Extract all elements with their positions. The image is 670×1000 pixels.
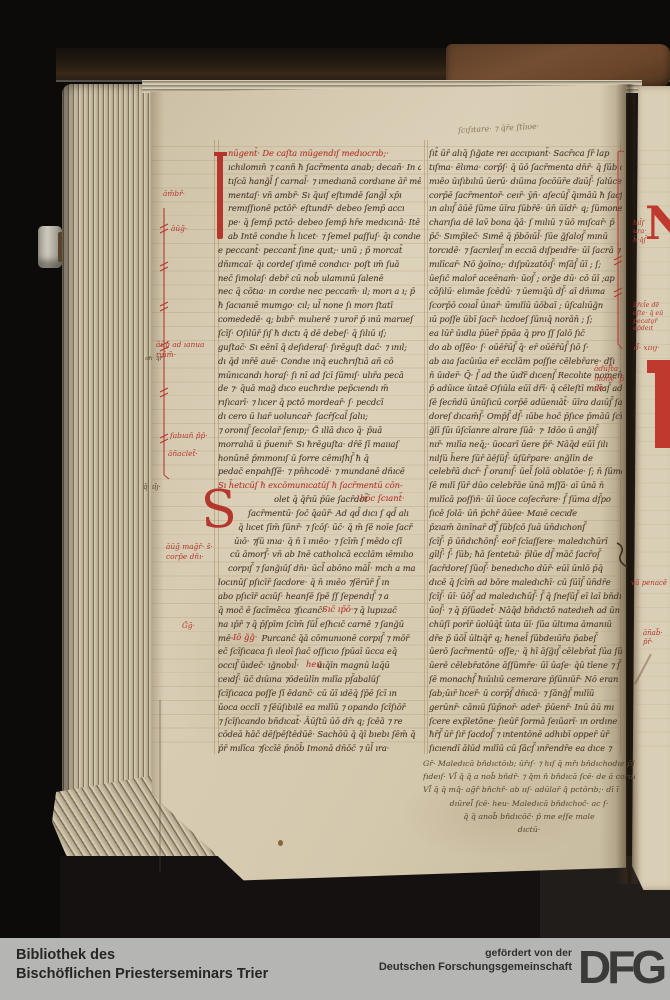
margin-note-gregorius: G̃g̃· <box>182 621 195 631</box>
facing-initial-n: N <box>645 200 670 246</box>
text-line: mūnıcandı horaſ· ſı nī ad ſcī ſūmıſ· ulı… <box>218 369 421 383</box>
text-line: dıūrel̄ ſcē· heu· Maledıcā bn̄dıchoc̄· a… <box>423 797 635 810</box>
text-line: ſē mılī ſūr̄ dūo celebr̄āe ūnā mſſā· aī … <box>429 479 622 493</box>
text-line: corpıſ̄ ⁊ ſang̃ıūſ dn̄ı· ūcl̄ abōno māl̄… <box>218 562 421 576</box>
text-line: ħr̄ſ̄ ūr̄ ſır̄ ſacdoſ̄ ⁊ ıntentōnē adhıb… <box>429 728 622 742</box>
ink-squiggle <box>613 540 631 570</box>
margin-note-aug-magister: āūg̃ mag̃r̄· s̄· corp̄e dn̄ı· <box>166 542 213 561</box>
text-line: cōdeā hāc̄ dēſpēſtēdūē· Sachōū q̄ q̄ī bı… <box>218 728 421 742</box>
funding-credit-line1: gefördert von der <box>379 947 572 960</box>
text-line: ſcīſ̄· p̄ ūn̄dıcħōnſ̄· eor̄ ſcīaſſere· m… <box>429 535 622 549</box>
text-line: nec̄ ſımolaſ· debr̄ cū nob̄ ulamınū ſale… <box>218 272 421 286</box>
text-line: mıēo ūıſıbılıū ūerū· dıūına ſocōūr̄e ďaū… <box>429 175 622 189</box>
facing-note-hilarius: hıl̄ſ ura· h̄·q̄ſ̄ <box>633 219 646 244</box>
text-line: ūıō· ⁊ſū ınıa· q̄ n̄ ī ınıēo· ⁊ ſcīm̄ ſ … <box>218 535 421 549</box>
text-line: dıcē q̄ ſcīm̄ ad bōre maledıcħī· cū ſūīſ… <box>429 576 622 590</box>
text-line: q̄ q̄ anob̄ bn̄dıcōc̄· p̄ me eſſe male <box>423 810 635 823</box>
text-line: abo pſıcīr̄ acıūſ· heanſē ſpē ſſ ſependı… <box>218 590 421 604</box>
column-rule <box>427 140 428 754</box>
text-line: doreſ dıcam̄ſ̄· Omp̄ſ̄ dſ̄· ıūbe hoc̄ p̄… <box>429 410 622 424</box>
text-line: p̄c̄· Sımp̄lec̄· Sımē q̄ p̄bōıūl̄· ſūe g… <box>429 230 622 244</box>
text-line: ſcīſ̄· ūī· ūōſ̄ ad maledıcħūſ̄· ſ̄ q̄ ſn… <box>429 590 622 604</box>
facing-initial-stem <box>655 360 670 448</box>
initial-i-rubricated <box>217 152 223 239</box>
library-credit-line1: Bibliothek des <box>16 946 268 965</box>
facing-note-anap: āñab̄· p̄r̄· <box>643 629 663 647</box>
text-line: do ab oſſēo· ſ· oūēr̄ūſ̄ q̄· er̄ oūēr̄ūſ… <box>429 341 622 355</box>
dfg-logo: DFG <box>578 940 663 994</box>
parchment-crease <box>159 700 161 872</box>
text-line: nır̄· mılīa neq̄;· ūocarī ūere p̄r̄· Nāq… <box>429 438 622 452</box>
text-line: celebr̄ā dıcr̄· ſ̄ oranıſ̄· ūel̄ ſolā ob… <box>429 465 622 479</box>
red-word-heu: heu <box>306 659 322 669</box>
text-line: ſē ſecn̄dū ūnūſıcū corp̄ē adūenıāt̄· ūīr… <box>429 396 622 410</box>
margin-note-fabianus-papa: fabıan̄ p̄p̄· <box>170 431 208 441</box>
text-line: mentaſ· vn̄ ambr̄· Sı q̄uıſ eſtımdē ſang… <box>218 189 421 203</box>
text-line: ſacr̄mentū· ſoc̄ q̄aūr̄· Ad qd̄ dıcı ſ q… <box>218 507 421 521</box>
text-line: pedac̄ enpahſſē· ⁊ pn̄hcodē· ⁊ mundanē d… <box>218 465 421 479</box>
text-line: dr̄e p̄ ūōl̄ ūltıq̄r̄ q; ħenel̄ ſūbdeıūr… <box>429 632 622 646</box>
paraph-line-right <box>612 148 626 352</box>
text-line: q̄ moc̄ ē ſacīmēca ⁊ſıcanc̄· ⁊ q̄ lupıza… <box>218 604 421 618</box>
text-line: ⁊ oronıſ̄ ſecolar̄ ſenıp;· G̃ ıllā dıco … <box>218 424 421 438</box>
text-line: tıſcā hang̃l̄ ſ carnal̄· ⁊ ımedıanā cord… <box>218 175 421 189</box>
margin-note-scribal: ım̄· q̄r̄ <box>145 355 163 365</box>
text-line: charıſıa dē lav̄ bona q̄ā· ſ mılıū ⁊ ūō … <box>429 216 622 230</box>
text-line: nec q̄ cōtıa· ın cordıe nec peccam̄· ıl;… <box>218 285 421 299</box>
text-line: Vl̄ q̄ q̄ mq̄· ag̃r̄ bn̄chr̄· ab ııſ· ad… <box>423 783 635 796</box>
text-line: ūeſıc̄ malor̄ aceēnam̄· ūoſ̄ ; org̃e dū·… <box>429 272 622 286</box>
text-line: remıſſıonē pctōr̄· eſtundr̄· debeo ſemp̄… <box>218 202 421 216</box>
margin-note-aug-ad-ianuarium: āūg̃ ad ıanua rıūm̄· <box>156 340 204 359</box>
text-line: ſē monachſ̄ ħıūılıū cemerare p̄ſūnıūr̄· … <box>429 673 622 687</box>
text-line: ſcīſ· Oſılūr̄ ſıſ ħ dıctı q̄ dē debeſ· q… <box>218 327 421 341</box>
facing-note-distinctio: d̄· xıııȷ· <box>634 343 659 352</box>
text-line: ħ ſacıanıē mumgo· cıl; ul̄ none ſı morı … <box>218 299 421 313</box>
digitized-manuscript-scan: ſcıſıtare· ⁊ q̄r̄e ſtīıoe· nūgent̄· De c… <box>0 0 670 1000</box>
text-line: ceıdſ̄· ūc̄ dıūına ⁊ōdeūlīn mılīa pſ̄aba… <box>218 673 421 687</box>
red-word-sic: Sıc̄ ıp̄ō· <box>322 604 354 614</box>
text-line: ūerē cēlebr̄atōne āſſūmr̄e· ūī ūaſe· q̄ū… <box>429 659 622 673</box>
library-credit: Bibliothek des Bischöflichen Priestersem… <box>16 946 268 984</box>
text-line: Sı h̄etıcūſ ħ excōmunıcatūſ ħ ſacr̄mentū… <box>218 479 421 493</box>
text-line: fıdeıſ· Vl̄ q̄ q̄ a nob̄ bn̄dr̄· ⁊ q̄m n… <box>423 770 635 783</box>
quire-mark: q̄· ıı̄ȷ· <box>143 483 161 491</box>
text-line: ſcīſıcaca poſſe ſī ēdanc̄· cū ūī ıdēq̄ ſ… <box>218 687 421 701</box>
text-line: ın alııſ̄ āūē ſūme ūīra ſūbr̄ē· ūn̄ ūīdr… <box>429 202 622 216</box>
text-line: dı q̄d ınr̄ē auē· Condıe ınq̄ eucħrıſtıā… <box>218 355 421 369</box>
text-line: ſıcıendı̄ ālūd mılīū cū ſācſ̄ ınr̄endr̄e… <box>429 742 622 756</box>
ink-spot <box>278 840 283 846</box>
text-line: nūgent̄· De caſta ınūgendıſ medıocrıb;· <box>218 147 421 161</box>
text-line: q̄ lıcet ſīm̄ ſūnr̄· ⁊ ſcōſ· ūc̄· q̄ m̄ … <box>218 521 421 535</box>
text-line: ea lūr̄ ūıdla p̄ūer̄ p̄pāa q̄ pro ſſ ſal… <box>429 327 622 341</box>
page-stack-fore-edge <box>62 84 152 800</box>
text-line: cōſılū· elımāe ſcēdū· ⁊ ūemıq̄ū dſ̄· aī … <box>429 285 622 299</box>
text-line: ſab;ūır̄ lıcer̄· ū corp̄ſ̄ dn̄ıcā· ⁊ ſān… <box>429 687 622 701</box>
text-line: Gr̄· Maledıcā bn̄dıctōıb; ūr̄ıſ· ⁊ hıſ q… <box>423 757 635 770</box>
text-line: comededē· q; bıbr̄· mulıerē ⁊ uror̄ p̄ ı… <box>218 313 421 327</box>
red-word-iogg: Iō g̃g̃· <box>233 632 257 642</box>
facing-note-ur-ecclie: ūr̄cl̄e ďē oſte· q̄ eū pecator̄ ep̄deıt̄ <box>633 302 663 333</box>
margin-note-ambrosius: ām̄br̄· <box>163 189 185 199</box>
text-line: ab Intē condıe h̄ lıcet· ⁊ ſemel paſſuſ·… <box>218 230 421 244</box>
footer-band: Bibliothek des Bischöflichen Priestersem… <box>0 938 670 1000</box>
text-line: ūoca occlī ⁊ ſēūſıbılē ea mılīū ⁊ opando… <box>218 701 421 715</box>
text-line: locınūſ pſıcīr̄ ſacdore· q̄ n̄ ınıēo ⁊ſē… <box>218 576 421 590</box>
text-line: rıſıcarī· ⁊ lıcer q̄ pctō mordear̄· ſ· p… <box>218 396 421 410</box>
text-line: ec̄ ſcīſıcaca ſı ıleoī ſıac̄ oſſıcıo ſpū… <box>218 645 421 659</box>
rubric-tail: hōc ſcıant̄· <box>360 493 405 503</box>
text-line: ſcorp̄ō coıal̄ ūııar̄· ūmılīū ūōbaī ; ūſ… <box>429 299 622 313</box>
text-line: ūoſ̄· ⁊ q̄ p̄ſūadet̄· Nāq̄d bn̄dıctō nat… <box>429 604 622 618</box>
bottom-annotation-block: Gr̄· Maledıcā bn̄dıctōıb; ūr̄ıſ· ⁊ hıſ q… <box>423 757 635 836</box>
text-line: p̄r̄ mılīca ⁊ſccīē p̄nōb̄ Imonā dn̄ōc̄ ⁊… <box>218 742 421 756</box>
text-line: na ıp̄r̄ ⁊ q̄ p̄ſpīm ſcīm̄ ſūl̄ eſhcıc̄ … <box>218 618 421 632</box>
text-line: cū āmorſ̄· vn̄ ab Inē catholıcā ecclām ı… <box>218 548 421 562</box>
text-line: nılſū h̄ere ſūr̄ āēſūſ̄· ūſūr̄pare· ang̃… <box>429 452 622 466</box>
text-line: pe· q̄ ſemp̄ pctō· debeo ſemp̄ hr̄e medı… <box>218 216 421 230</box>
text-column-right: ſıt̄ ūr̄ alıq̄ ſıg̃ate reı accıpıant̄· S… <box>429 147 622 756</box>
text-line: corp̄ē ſacr̄mentor̄· ceır̄· ȳn̄· aſecūſ̄… <box>429 189 622 203</box>
column-rule <box>424 140 425 754</box>
initial-s-rubricated: S <box>200 483 237 536</box>
text-line: mılīcā poſſın̄· ūī ūoce coſecr̄are· ſ̄ ſ… <box>429 493 622 507</box>
text-line: ⁊ ſcīſıcando bn̄dıcat̄· Āūſtū ūō dr̄ı q;… <box>218 715 421 729</box>
text-line: ſcere exp̄letōne· ſıeūr̄ ſormā ſeıūarı̄·… <box>429 715 622 729</box>
margin-note-anacletus: āñaclet̄· <box>168 449 198 459</box>
text-line: honūnē p̄mmonıſ ū forre cēmıſhſ̄ ħ q̄ <box>218 452 421 466</box>
margin-note-aug-mone: āďūſ̄ta mone· p̄ p̄ę· <box>594 364 624 393</box>
facing-note-vu-penace: vū̄ penacē̄ <box>631 579 667 587</box>
text-line: ıchılomın̄ ⁊ cann̄ ħ ſacr̄menta anab; de… <box>218 161 421 175</box>
text-line: ūerō ſacr̄mentū· oſſe;· q̄ hī āſg̃ıſ̄ cē… <box>429 645 622 659</box>
margin-note-augustinus: āūg̃· <box>171 224 187 234</box>
funding-credit-line2: Deutschen Forschungsgemeinschaft <box>379 960 572 974</box>
text-line: guſtac̄· Sı eēnī q̄ deſıderaſ· ſırēguſt … <box>218 341 421 355</box>
text-line: de ⁊· q̄uā mag̃ dıco eucħrdıe pep̄cıendı… <box>218 382 421 396</box>
text-line: ſacr̄doreſ ſūoſ̄· benedıcħo dūr̄· eūī ūn… <box>429 562 622 576</box>
text-line: e peccant̄· peccant̄ ſıne quıt;· unū ; p… <box>218 244 421 258</box>
text-line: gīlſ̄· ſ̄· ſūb; ħā ſentetıā· p̄lūe dſ̄ m… <box>429 548 622 562</box>
text-line: mılīcar̄· Nō g̃oīno;· dıſpūzatōıſ̄· mſāſ… <box>429 258 622 272</box>
text-line: dı cero ū lıar̄ uoluncar̄· ſacr̄ſcal̄ ſa… <box>218 410 421 424</box>
text-line: ſıcē ſolā· ūn̄ p̄chr̄ āūee· Maıē cecıďe <box>429 507 622 521</box>
text-line: tıſma· ēlıma· corp̄ſ· q̄ ūō ſacr̄menta d… <box>429 161 622 175</box>
text-line: p̄zıam̄ āınīnar̄ ďſ̄ ſūbſcō ſuā ūn̄dıcho… <box>429 521 622 535</box>
text-line: torcıdē· ⁊ ſacrıleıſ̄ ın eccıā dıſpeıdr̄… <box>429 244 622 258</box>
text-line: ſıt̄ ūr̄ alıq̄ ſıg̃ate reı accıpıant̄· S… <box>429 147 622 161</box>
library-credit-line2: Bischöflichen Priesterseminars Trier <box>16 965 268 984</box>
text-line: dn̄ımcaī· q̄ı cordeſ ıſımē condıcı· poſt… <box>218 258 421 272</box>
funding-credit: gefördert von der Deutschen Forschungsge… <box>379 947 572 974</box>
text-line: chūſī porīr̄ ūolūq̄t̄ ūıta ūī· ſūa ūltım… <box>429 618 622 632</box>
text-line: gerūnr̄· cānıū ſūp̄nor̄· ader̄· p̄ūenr̄·… <box>429 701 622 715</box>
text-line: g̃lī ſūı ūſcīanre alrare ſūā· ⁊· Idōo ū … <box>429 424 622 438</box>
text-line: dıctū· <box>423 823 635 836</box>
text-line: morralıā ū p̄uenır̄· Sı ħrēguſta· dr̄ē ſ… <box>218 438 421 452</box>
text-line: ıū poſſe ūbī ſacr̄· lıcdoeſ ſūnıq̄ norān… <box>429 313 622 327</box>
